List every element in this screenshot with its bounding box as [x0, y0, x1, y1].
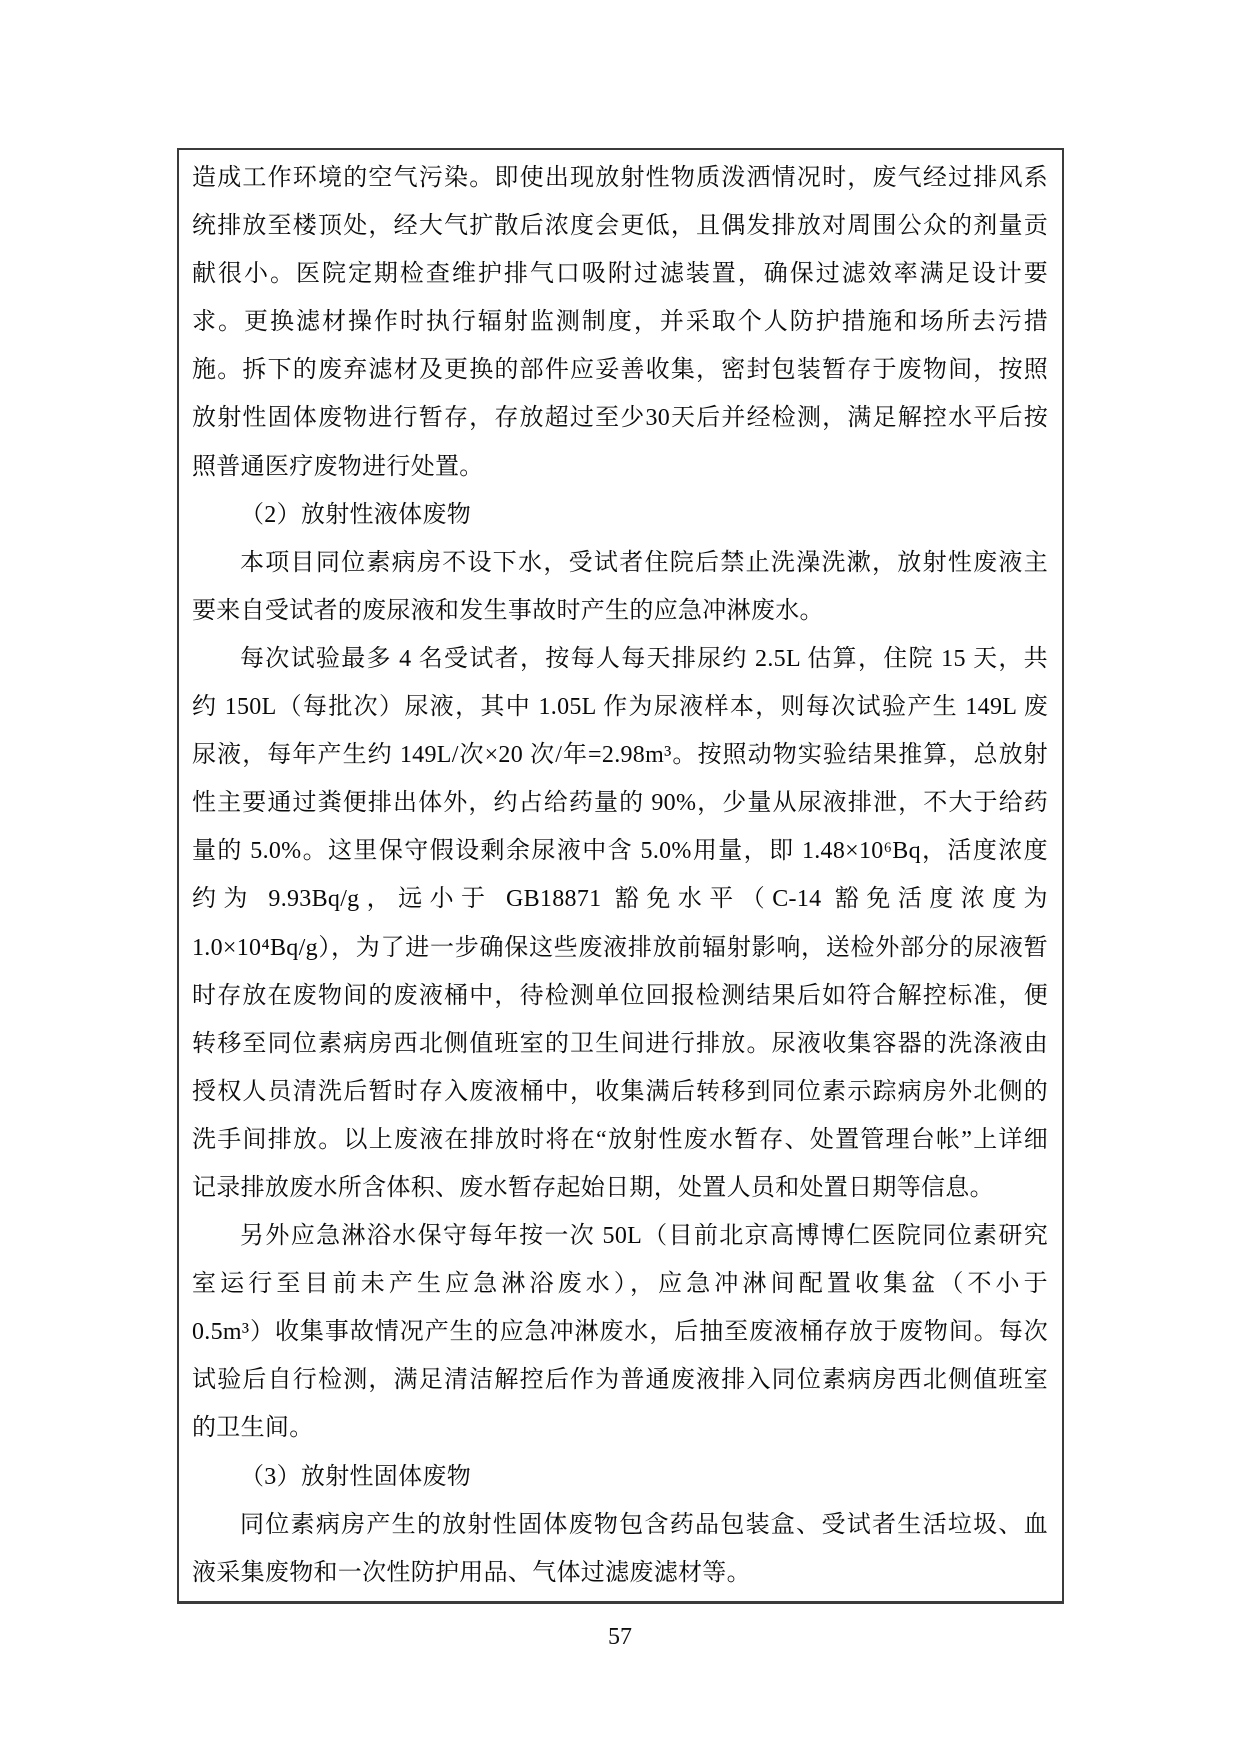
- text-line: 统排放至楼顶处，经大气扩散后浓度会更低，且偶发排放对周围公众的剂量贡: [192, 202, 1048, 250]
- text-line: 本项目同位素病房不设下水，受试者住院后禁止洗澡洗漱，放射性废液主: [192, 539, 1048, 587]
- paragraph: （2）放射性液体废物: [192, 491, 1048, 539]
- text-line: （2）放射性液体废物: [192, 491, 1048, 539]
- text-line: 放射性固体废物进行暂存，存放超过至少30天后并经检测，满足解控水平后按: [192, 394, 1048, 442]
- text-line: 每次试验最多 4 名受试者，按每人每天排尿约 2.5L 估算，住院 15 天，共: [192, 635, 1048, 683]
- paragraph: 同位素病房产生的放射性固体废物包含药品包装盒、受试者生活垃圾、血液采集废物和一次…: [192, 1501, 1048, 1597]
- text-line: （3）放射性固体废物: [192, 1453, 1048, 1501]
- text-line: 照普通医疗废物进行处置。: [192, 443, 1048, 491]
- text-line: 试验后自行检测，满足清洁解控后作为普通废液排入同位素病房西北侧值班室: [192, 1356, 1048, 1404]
- text-line: 液采集废物和一次性防护用品、气体过滤废滤材等。: [192, 1549, 1048, 1597]
- text-line: 另外应急淋浴水保守每年按一次 50L（目前北京高博博仁医院同位素研究: [192, 1212, 1048, 1260]
- text-line: 施。拆下的废弃滤材及更换的部件应妥善收集，密封包装暂存于废物间，按照: [192, 346, 1048, 394]
- text-line: 性主要通过粪便排出体外，约占给药量的 90%，少量从尿液排泄，不大于给药: [192, 779, 1048, 827]
- text-line: 时存放在废物间的废液桶中，待检测单位回报检测结果后如符合解控标准，便: [192, 972, 1048, 1020]
- text-line: 量的 5.0%。这里保守假设剩余尿液中含 5.0%用量，即 1.48×10⁶Bq…: [192, 827, 1048, 875]
- text-line: 转移至同位素病房西北侧值班室的卫生间进行排放。尿液收集容器的洗涤液由: [192, 1020, 1048, 1068]
- text-line: 的卫生间。: [192, 1404, 1048, 1452]
- text-line: 1.0×10⁴Bq/g），为了进一步确保这些废液排放前辐射影响，送检外部分的尿液…: [192, 924, 1048, 972]
- paragraph: 本项目同位素病房不设下水，受试者住院后禁止洗澡洗漱，放射性废液主要来自受试者的废…: [192, 539, 1048, 635]
- text-line: 献很小。医院定期检查维护排气口吸附过滤装置，确保过滤效率满足设计要: [192, 250, 1048, 298]
- document-page: 造成工作环境的空气污染。即使出现放射性物质泼洒情况时，废气经过排风系统排放至楼顶…: [0, 0, 1240, 1754]
- text-line: 造成工作环境的空气污染。即使出现放射性物质泼洒情况时，废气经过排风系: [192, 154, 1048, 202]
- text-line: 约 150L（每批次）尿液，其中 1.05L 作为尿液样本，则每次试验产生 14…: [192, 683, 1048, 731]
- text-line: 授权人员清洗后暂时存入废液桶中，收集满后转移到同位素示踪病房外北侧的: [192, 1068, 1048, 1116]
- page-number: 57: [0, 1624, 1240, 1651]
- text-line: 约为 9.93Bq/g，远小于 GB18871 豁免水平（C-14 豁免活度浓度…: [192, 875, 1048, 923]
- text-line: 0.5m³）收集事故情况产生的应急冲淋废水，后抽至废液桶存放于废物间。每次: [192, 1308, 1048, 1356]
- text-line: 要来自受试者的废尿液和发生事故时产生的应急冲淋废水。: [192, 587, 1048, 635]
- text-line: 洗手间排放。以上废液在排放时将在“放射性废水暂存、处置管理台帐”上详细: [192, 1116, 1048, 1164]
- text-line: 记录排放废水所含体积、废水暂存起始日期，处置人员和处置日期等信息。: [192, 1164, 1048, 1212]
- text-line: 求。更换滤材操作时执行辐射监测制度，并采取个人防护措施和场所去污措: [192, 298, 1048, 346]
- text-line: 室运行至目前未产生应急淋浴废水），应急冲淋间配置收集盆（不小于: [192, 1260, 1048, 1308]
- text-line: 同位素病房产生的放射性固体废物包含药品包装盒、受试者生活垃圾、血: [192, 1501, 1048, 1549]
- text-line: 尿液，每年产生约 149L/次×20 次/年=2.98m³。按照动物实验结果推算…: [192, 731, 1048, 779]
- text-cell: 造成工作环境的空气污染。即使出现放射性物质泼洒情况时，废气经过排风系统排放至楼顶…: [177, 148, 1064, 1604]
- paragraph: 每次试验最多 4 名受试者，按每人每天排尿约 2.5L 估算，住院 15 天，共…: [192, 635, 1048, 1212]
- paragraph: （3）放射性固体废物: [192, 1453, 1048, 1501]
- paragraph: 造成工作环境的空气污染。即使出现放射性物质泼洒情况时，废气经过排风系统排放至楼顶…: [192, 154, 1048, 491]
- paragraph: 另外应急淋浴水保守每年按一次 50L（目前北京高博博仁医院同位素研究室运行至目前…: [192, 1212, 1048, 1452]
